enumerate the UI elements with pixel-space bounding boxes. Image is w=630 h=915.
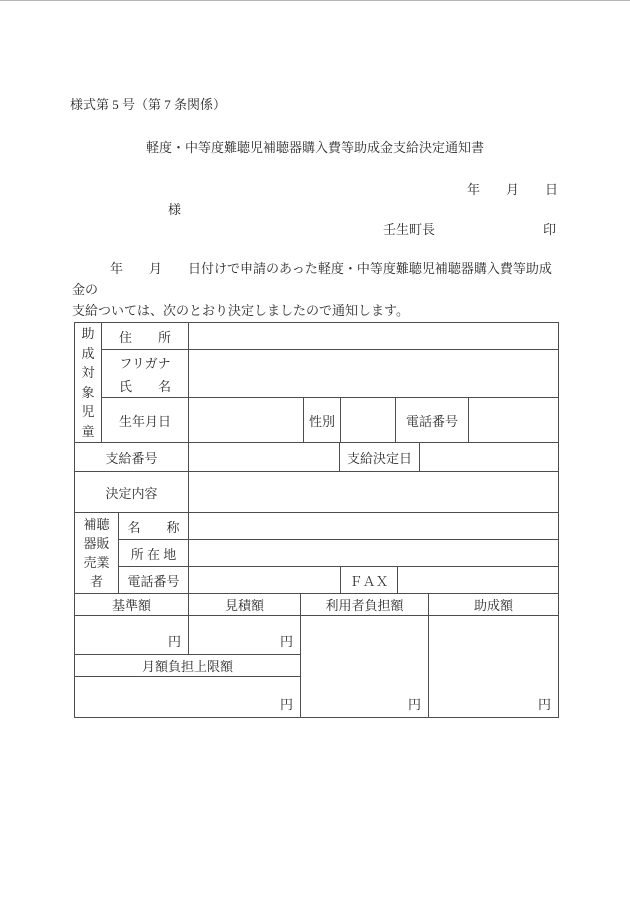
yen-unit: 円: [280, 694, 293, 713]
subsidy-value-cell: 円: [428, 615, 559, 718]
estimate-amount-header-cell: 見積額: [188, 593, 301, 616]
estimate-amount-value-cell: 円: [188, 615, 301, 655]
child-section-vertical-header-cell: 助成対象児童: [74, 322, 102, 443]
furigana-label: フリガナ: [119, 353, 170, 372]
decision-table: 助成対象児童 住 所 フリガナ 氏 名 生年月日 性別 電話番号 支給番号 支給…: [74, 322, 559, 718]
monthly-cap-value-cell: 円: [74, 676, 301, 718]
dealer-name-label-cell: 名 称: [118, 512, 189, 540]
user-burden-header-cell: 利用者負担額: [300, 593, 429, 616]
issuer-name: 壬生町長: [383, 222, 435, 237]
yen-unit: 円: [168, 631, 181, 650]
seal-mark: 印: [543, 222, 556, 237]
yen-unit: 円: [408, 694, 421, 713]
standard-amount-header-cell: 基準額: [74, 593, 189, 616]
body-paragraph: 年 月 日付けで申請のあった軽度・中等度難聴児補聴器購入費等助成金の 支給ついて…: [72, 258, 560, 321]
dealer-name-value-cell: [188, 512, 559, 540]
subsidy-header-cell: 助成額: [428, 593, 559, 616]
decision-date-value-cell: [419, 442, 559, 472]
grant-number-label-cell: 支給番号: [74, 442, 189, 472]
child-section-vertical-header: 助成対象児童: [81, 324, 96, 441]
child-address-label-cell: 住 所: [101, 322, 189, 350]
grant-number-value-cell: [188, 442, 340, 472]
issuer-line: 壬生町長 印: [383, 222, 556, 237]
form-number: 様式第 5 号（第 7 条関係）: [70, 97, 226, 112]
sex-label-cell: 性別: [303, 397, 341, 443]
standard-amount-value-cell: 円: [74, 615, 189, 655]
sex-value-cell: [340, 397, 396, 443]
dealer-phone-value-cell: [188, 566, 341, 594]
decision-content-label-cell: 決定内容: [74, 471, 189, 513]
dealer-section-vertical-header-cell: 補聴器販売業者: [74, 512, 119, 594]
yen-unit: 円: [538, 694, 551, 713]
body-line-1: 年 月 日付けで申請のあった軽度・中等度難聴児補聴器購入費等助成金の: [72, 258, 560, 300]
dealer-section-vertical-header: 補聴器販売業者: [83, 515, 110, 591]
notice-document-page: 様式第 5 号（第 7 条関係） 軽度・中等度難聴児補聴器購入費等助成金支給決定…: [0, 0, 630, 915]
addressee-suffix: 様: [168, 202, 181, 217]
user-burden-value-cell: 円: [300, 615, 429, 718]
child-name-label-cell: フリガナ 氏 名: [101, 349, 189, 398]
child-address-value-cell: [188, 322, 559, 350]
monthly-cap-label-cell: 月額負担上限額: [74, 654, 301, 677]
document-title: 軽度・中等度難聴児補聴器購入費等助成金支給決定通知書: [0, 140, 630, 155]
birthdate-value-cell: [188, 397, 304, 443]
child-phone-label-cell: 電話番号: [395, 397, 469, 443]
dealer-phone-label-cell: 電話番号: [118, 566, 189, 594]
child-name-value-cell: [188, 349, 559, 398]
fax-value-cell: [397, 566, 559, 594]
fax-label-cell: ＦＡＸ: [340, 566, 398, 594]
name-label: 氏 名: [119, 376, 171, 395]
dealer-address-value-cell: [188, 539, 559, 567]
dealer-address-label-cell: 所 在 地: [118, 539, 189, 567]
decision-content-value-cell: [188, 471, 559, 513]
child-phone-value-cell: [468, 397, 559, 443]
issue-date-line: 年 月 日: [467, 182, 558, 197]
body-line-2: 支給ついては、次のとおり決定しましたので通知します。: [72, 300, 560, 321]
yen-unit: 円: [280, 631, 293, 650]
birthdate-label-cell: 生年月日: [101, 397, 189, 443]
decision-date-label-cell: 支給決定日: [339, 442, 420, 472]
